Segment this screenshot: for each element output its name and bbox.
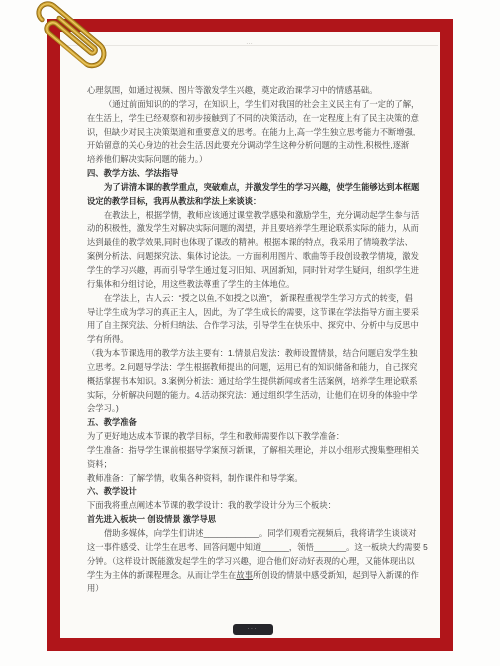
text-line: 资料； [87,458,423,472]
text-line: 会学习。) [87,402,423,416]
text-line: 开始留意的关心身边的社会生活,因此要充分调动学生这种分析问题的主动性,积极性,逐… [87,139,423,153]
text-line: （我为本节课选用的教学方法主要有：1.情景启发法：教师设置情景，结合问题启发学生… [87,347,423,361]
text-line: 借助多媒体，向学生们讲述____________。同学们观看完视频后，我将请学生… [87,527,423,541]
text-line: 四、教学方法、学法指导 [87,167,423,181]
text-line: 六、教学设计 [87,485,423,499]
text-line: 首先进入板块一 创设情景 激学导思 [87,513,423,527]
text-line: 学有所得。 [87,333,423,347]
page-number-badge: ··· [233,624,273,635]
document-photo: … 心理氛围，如通过视频、图片等激发学生兴趣，奠定政治课学习中的情感基础。（通过… [0,0,500,666]
text-line: 概括掌握书本知识。3.案例分析法：通过给学生提供新闻或者生活案例，培养学生理论联… [87,375,423,389]
text-line: 心理氛围，如通过视频、图片等激发学生兴趣，奠定政治课学习中的情感基础。 [87,84,423,98]
text-line: 设定的教学目标，我再从教法和学法上来谈谈： [87,195,423,209]
text-line: 学生为主体的新课程理念。从而让学生在故事所创设的情景中感受新知，起到导入新课的作 [87,569,423,583]
text-line: 下面我将重点阐述本节课的教学设计：我的教学设计分为三个板块： [87,499,423,513]
text-line: 学生准备：指导学生课前根据导学案预习新课，了解相关理论，并以小组形式搜集整理相关 [87,444,423,458]
text-line: 在学法上，古人云：“授之以鱼,不如授之以渔”， 新课程重视学生学习方式的转变，倡 [87,292,423,306]
text-line: 立思考。2.问题导学法：学生根据教师提出的问题，运用已有的知识储备和能力，自己探… [87,361,423,375]
text-line: 用了自主探究法、分析归纳法、合作学习法，引导学生在快乐中、探究中、分析中与反思中 [87,319,423,333]
top-divider [62,45,438,46]
text-line: 教师准备：了解学情，收集各种资料，制作课件和导学案。 [87,472,423,486]
text-line: 动的积极性，激发学生对解决实际问题的渴望，并且要培养学生理论联系实际的能力，从而 [87,222,423,236]
text-line: （通过前面知识的的学习，在知识上，学生们对我国的社会主义民主有了一定的了解， [87,98,423,112]
text-block: 心理氛围，如通过视频、图片等激发学生兴趣，奠定政治课学习中的情感基础。（通过前面… [87,84,423,596]
text-line: 这一事件感受、让学生在思考、回答问题中知道______，领悟_______。这一… [87,541,423,555]
text-line: 在生活上，学生已经观察和初步接触到了不同的决策活动，在一定程度上有了民主决策的意 [87,112,423,126]
text-line: 培养他们解决实际问题的能力。） [87,153,423,167]
text-line: 在教法上，根据学情，教师应该通过课堂教学感染和激励学生，充分调动起学生参与活 [87,209,423,223]
text-line: 为了讲清本课的教学重点，突破难点，并激发学生的学习兴趣，使学生能够达到本框题 [87,181,423,195]
text-line: 为了更好地达成本节课的教学目标，学生和教师需要作以下教学准备： [87,430,423,444]
text-line: 导让学生成为学习的真正主人，因此，为了学生成长的需要，这节课在学法指导方面主要采 [87,306,423,320]
text-line: 用） [87,582,423,596]
text-line: 案例分析法、问题探究法、集体讨论法。一方面利用图片、歌曲等手段创设教学情境，激发 [87,250,423,264]
text-line: 行集体和分组讨论，用这些教法尊重了学生的主体地位。 [87,278,423,292]
text-line: 五、教学准备 [87,416,423,430]
text-line: 分钟。（这样设计既能激发起学生的学习兴趣，迎合他们好动好表现的心理，又能体现出以 [87,555,423,569]
text-line: 学生的学习兴趣，再而引导学生通过复习旧知、巩固新知，同时针对学生疑问，组织学生进 [87,264,423,278]
text-line: 实际，分析解决问题的能力。4.活动探究法：通过组织学生活动，让他们在切身的体验中… [87,389,423,403]
text-line: 达到最佳的教学效果,同时也体现了课改的精神。根据本课的特点，我采用了情境教学法、 [87,236,423,250]
text-line: 识，但缺少对民主决策渠道和重要意义的思考。在能力上,高一学生独立思考能力不断增强… [87,126,423,140]
